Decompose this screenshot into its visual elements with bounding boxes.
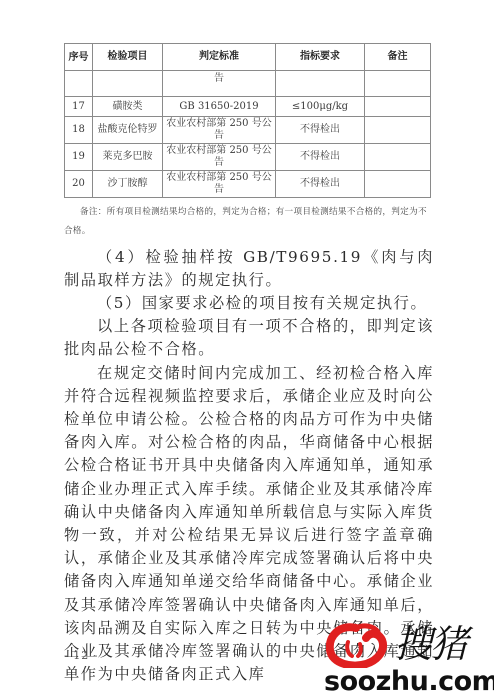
cell-standard: 告 <box>163 71 276 97</box>
table-header-row: 序号 检验项目 判定标准 指标要求 备注 <box>65 44 431 71</box>
paragraph-sampling: （4）检验抽样按 GB/T9695.19《肉与肉制品取样方法》的规定执行。 <box>64 246 434 292</box>
header-standard: 判定标准 <box>163 44 276 71</box>
paragraph-mandatory: （5）国家要求必检的项目按有关规定执行。 <box>64 292 434 315</box>
table-row: 17 磺胺类 GB 31650-2019 ≤100μg/kg <box>65 97 431 117</box>
cell-item: 莱克多巴胺 <box>93 144 163 171</box>
page-number: - 12 - <box>64 649 98 662</box>
header-item: 检验项目 <box>93 44 163 71</box>
cell-requirement: 不得检出 <box>276 117 365 144</box>
cell-requirement <box>276 71 365 97</box>
cell-requirement: 不得检出 <box>276 144 365 171</box>
cell-standard: 农业农村部第 250 号公告 <box>163 144 276 171</box>
cell-item: 盐酸克伦特罗 <box>93 117 163 144</box>
table-row: 20 沙丁胺醇 农业农村部第 250 号公告 不得检出 <box>65 171 431 198</box>
watermark-en-text: soozhu.com <box>324 668 494 696</box>
cell-remark <box>365 171 431 198</box>
table-note: 备注：所有项目检测结果均合格的，判定为合格；有一项目检测结果不合格的，判定为不合… <box>64 203 432 241</box>
cell-standard: 农业农村部第 250 号公告 <box>163 117 276 144</box>
table-row: 18 盐酸克伦特罗 农业农村部第 250 号公告 不得检出 <box>65 117 431 144</box>
header-requirement: 指标要求 <box>276 44 365 71</box>
cell-seq <box>65 71 93 97</box>
paragraph-judgement: 以上各项检验项目有一项不合格的，即判定该批肉品公检不合格。 <box>64 315 434 361</box>
cell-seq: 19 <box>65 144 93 171</box>
cell-remark <box>365 71 431 97</box>
table-row: 19 莱克多巴胺 农业农村部第 250 号公告 不得检出 <box>65 144 431 171</box>
cell-item: 磺胺类 <box>93 97 163 117</box>
cell-remark <box>365 117 431 144</box>
watermark-cn-text: 搜猪 <box>394 622 466 666</box>
cell-seq: 17 <box>65 97 93 117</box>
header-remark: 备注 <box>365 44 431 71</box>
inspection-table: 序号 检验项目 判定标准 指标要求 备注 告 17 磺胺类 GB 31650-2… <box>64 43 431 198</box>
soozhu-watermark-logo: 搜猪 soozhu.com <box>322 620 492 698</box>
cell-seq: 20 <box>65 171 93 198</box>
cell-item <box>93 71 163 97</box>
cell-requirement: ≤100μg/kg <box>276 97 365 117</box>
swirl-logo-icon <box>326 622 388 668</box>
cell-item: 沙丁胺醇 <box>93 171 163 198</box>
cell-requirement: 不得检出 <box>276 171 365 198</box>
cell-remark <box>365 97 431 117</box>
header-seq: 序号 <box>65 44 93 71</box>
cell-seq: 18 <box>65 117 93 144</box>
table-row: 告 <box>65 71 431 97</box>
cell-remark <box>365 144 431 171</box>
cell-standard: GB 31650-2019 <box>163 97 276 117</box>
cell-standard: 农业农村部第 250 号公告 <box>163 171 276 198</box>
